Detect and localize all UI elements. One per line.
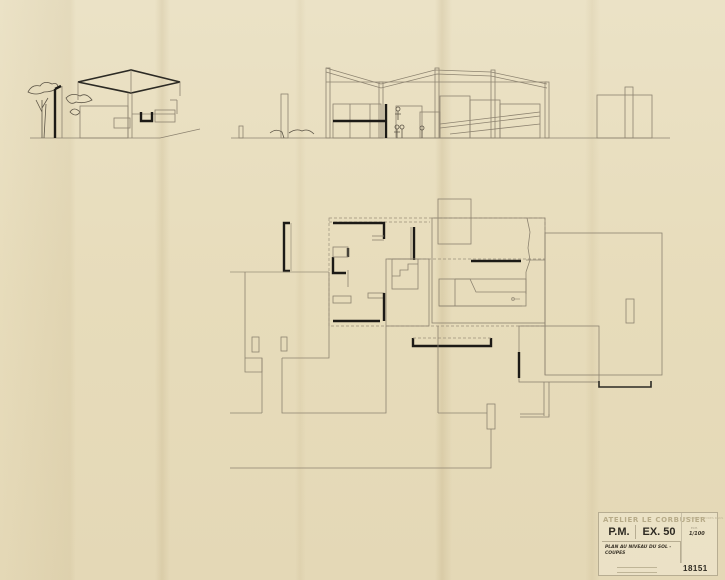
section-main: [231, 68, 560, 138]
scale-value: 1/100: [689, 531, 705, 537]
scale-label: ECH.: [691, 526, 698, 530]
divider: [681, 513, 682, 563]
project-code: P.M.: [603, 525, 636, 539]
drawing-number: 18151: [683, 564, 708, 573]
human-figure-icon: [394, 107, 424, 138]
description-box: PLAN AU NIVEAU DU SOL - COUPES: [602, 541, 681, 563]
tree-icon: [28, 82, 92, 138]
architectural-drawing: [0, 0, 725, 580]
drawing-description: PLAN AU NIVEAU DU SOL - COUPES: [605, 545, 679, 557]
sheet-ref: EX. 50: [639, 525, 679, 539]
stamp: [617, 567, 657, 573]
section-left: [28, 70, 200, 138]
drawing-sheet: ATELIER LE CORBUSIER 35 RUE DE SEVRES PA…: [0, 0, 725, 580]
atelier-address: 35 RUE DE SEVRES PARIS: [685, 516, 723, 520]
title-block: ATELIER LE CORBUSIER 35 RUE DE SEVRES PA…: [598, 512, 718, 576]
elevation-small: [560, 87, 670, 138]
ground-plan: [230, 199, 662, 468]
